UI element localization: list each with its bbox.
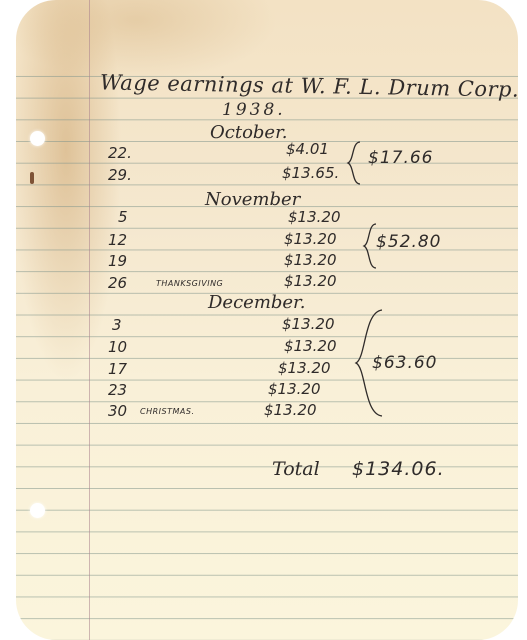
entry-note-christmas: CHRISTMAS.	[140, 408, 194, 416]
total-amount: $134.06.	[352, 460, 445, 479]
subtotal-october: $17.66	[368, 150, 433, 167]
month-heading-october: October.	[210, 124, 287, 142]
punch-hole-bottom	[30, 503, 45, 518]
entry-note-thanksgiving: THANKSGIVING	[156, 280, 223, 288]
total-label: Total	[272, 460, 320, 479]
entry-day: 30	[108, 404, 127, 419]
entry-amount: $13.20	[268, 382, 321, 397]
month-heading-november: November	[205, 191, 300, 209]
entry-amount: $13.20	[264, 403, 317, 418]
entry-day: 22.	[108, 146, 132, 161]
entry-day: 29.	[108, 168, 132, 183]
entry-day: 3	[112, 318, 122, 333]
entry-amount: $13.20	[284, 339, 337, 354]
entry-amount: $13.20	[284, 274, 337, 289]
entry-day: 23	[108, 383, 127, 398]
entry-day: 17	[108, 362, 127, 377]
entry-amount: $13.20	[284, 253, 337, 268]
entry-amount: $13.65.	[282, 166, 339, 181]
entry-day: 5	[118, 210, 128, 225]
entry-day: 10	[108, 340, 127, 355]
entry-amount: $4.01	[286, 142, 329, 157]
subtotal-december: $63.60	[372, 355, 437, 372]
document-year: 1938.	[222, 102, 286, 119]
subtotal-november: $52.80	[376, 234, 441, 251]
ink-stain	[30, 172, 34, 184]
month-heading-december: December.	[208, 294, 305, 312]
margin-line	[89, 0, 90, 640]
punch-hole-top	[30, 131, 45, 146]
entry-day: 26	[108, 276, 127, 291]
entry-amount: $13.20	[278, 361, 331, 376]
entry-amount: $13.20	[284, 232, 337, 247]
entry-day: 19	[108, 254, 127, 269]
entry-amount: $13.20	[288, 210, 341, 225]
brace-icon	[346, 140, 362, 186]
entry-amount: $13.20	[282, 317, 335, 332]
entry-day: 12	[108, 233, 127, 248]
